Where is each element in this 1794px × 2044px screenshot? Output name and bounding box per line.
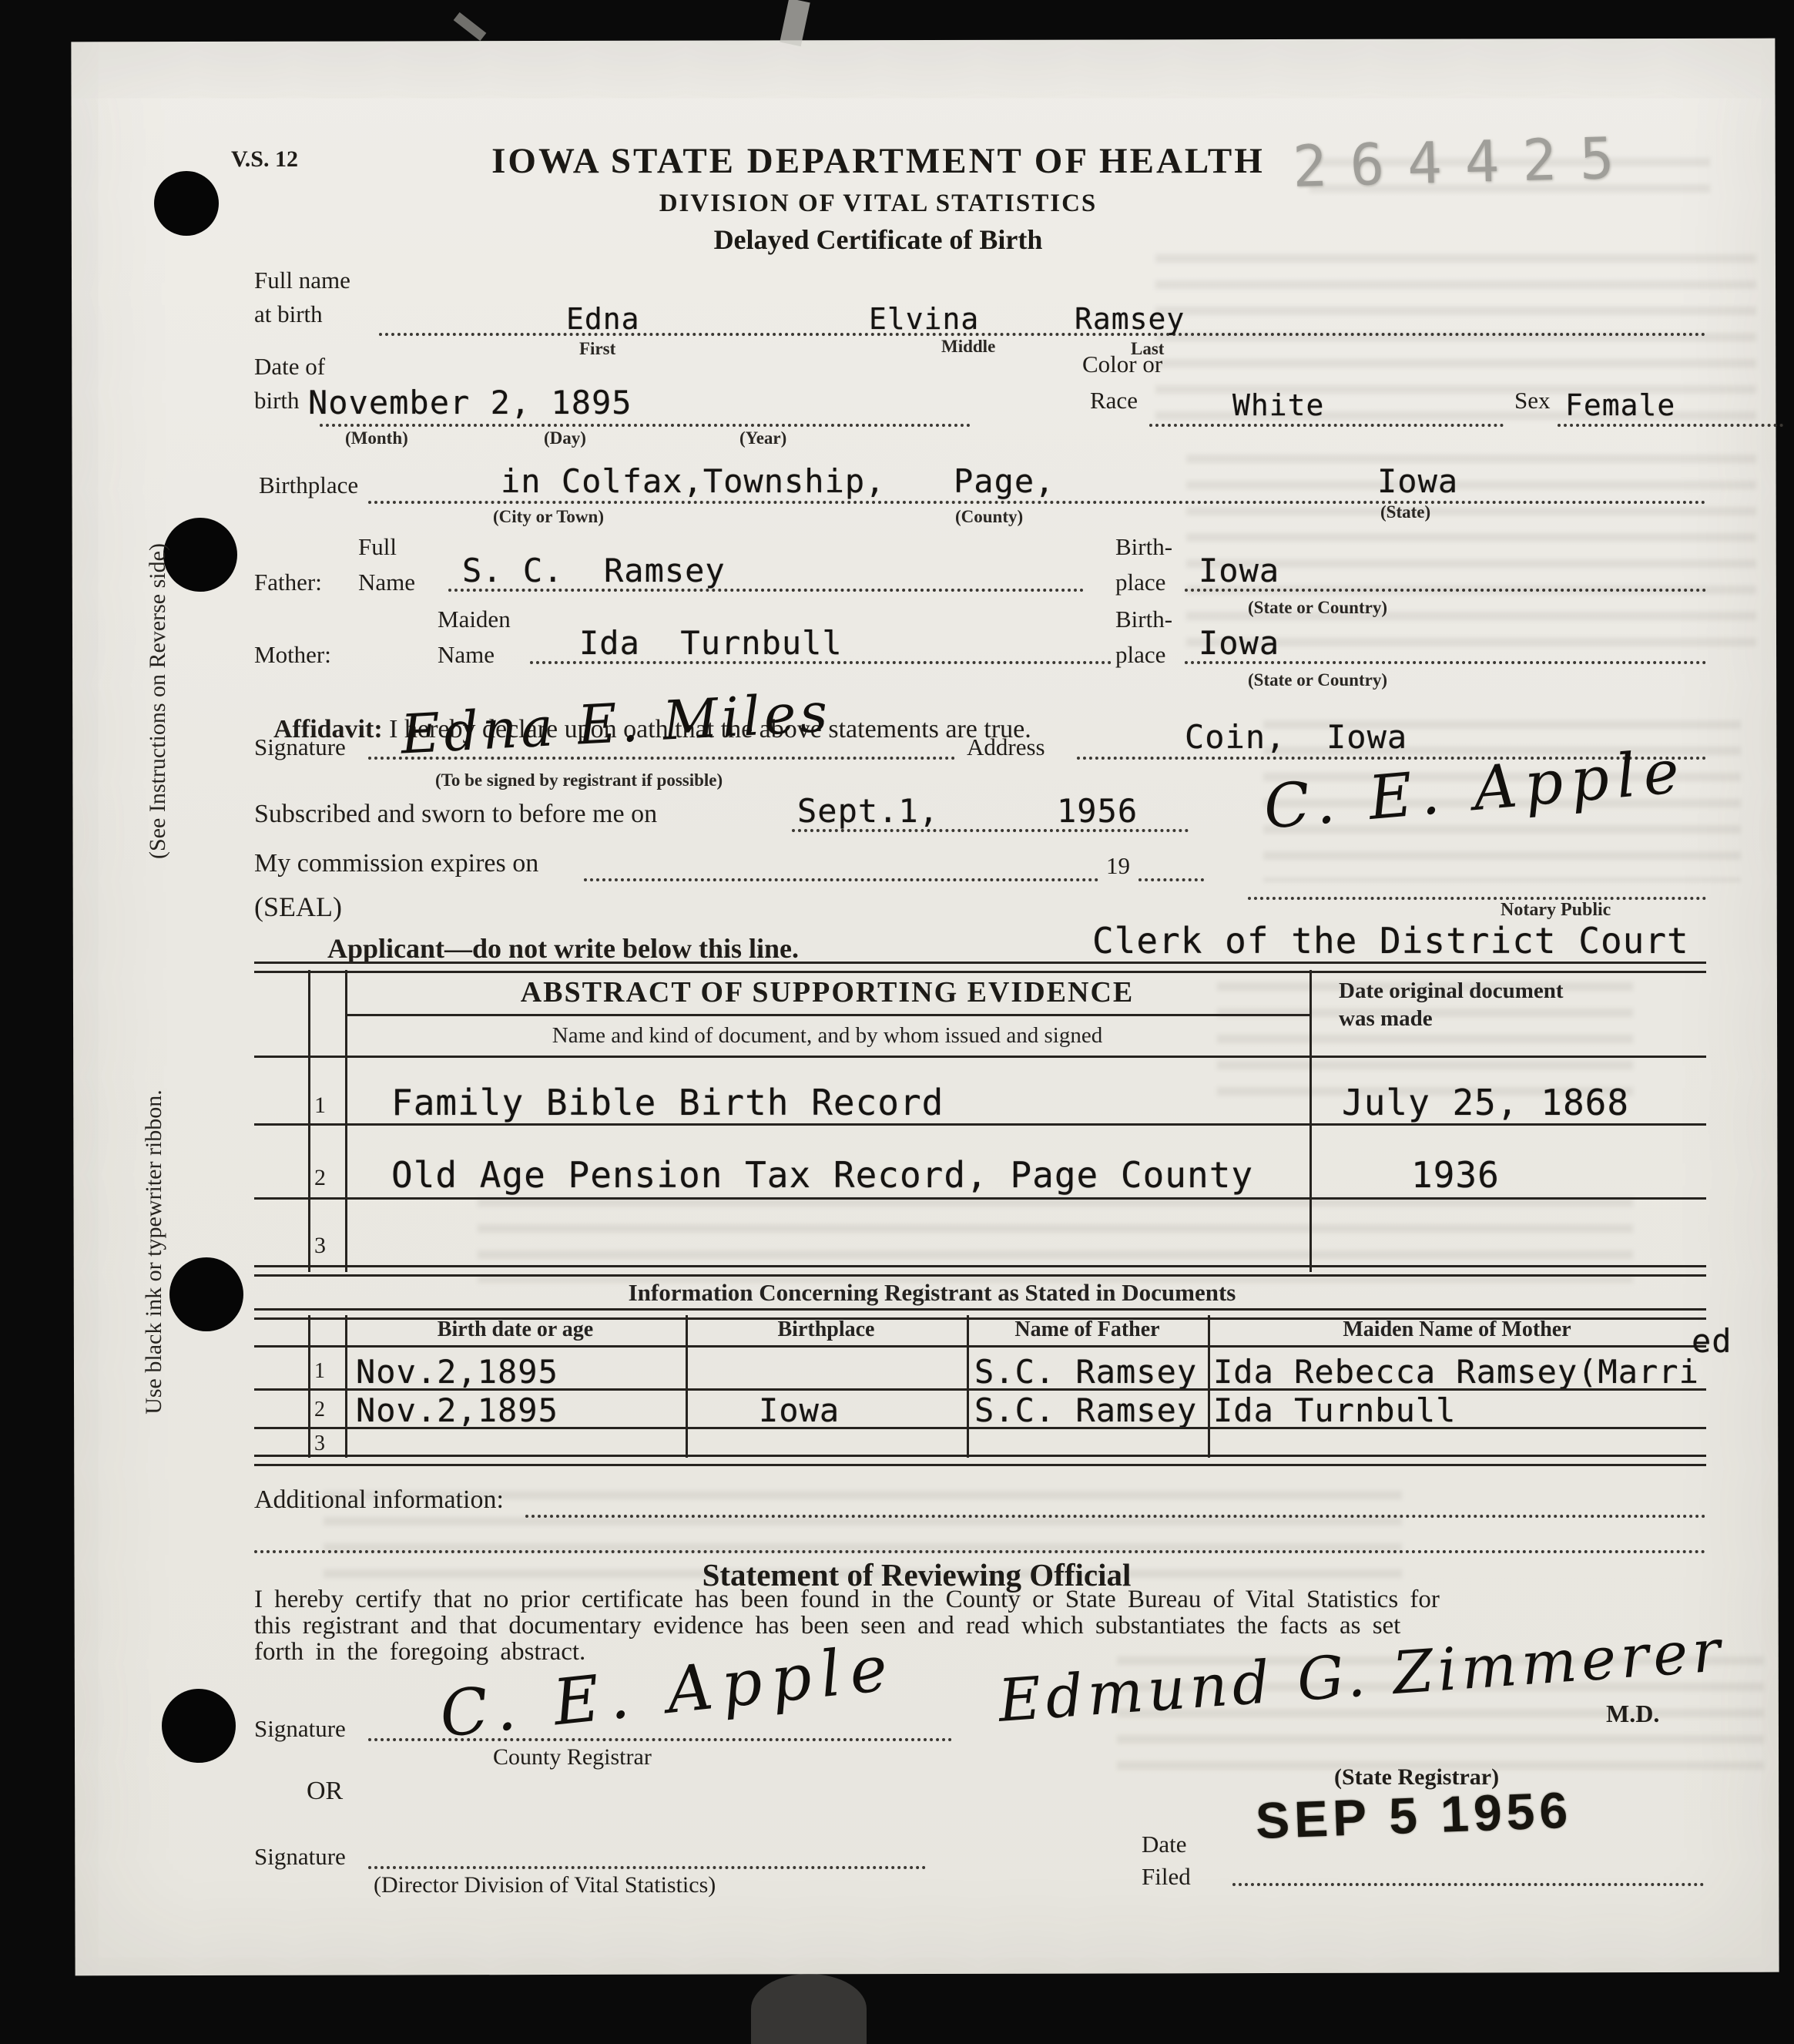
- birthplace-county-value: Page,: [954, 462, 1055, 500]
- margin-note-ink: Use black ink or typewriter ribbon.: [141, 1089, 167, 1415]
- commission-line: [584, 854, 1098, 881]
- info-row-birth: Nov.2,1895: [356, 1353, 558, 1391]
- address-value: Coin, Iowa: [1185, 718, 1407, 756]
- sex-label: Sex: [1514, 387, 1551, 415]
- abstract-date-header2: was made: [1339, 1006, 1433, 1032]
- info-row-mother-overflow: ed: [1692, 1322, 1732, 1360]
- color-race-label: Color or: [1082, 351, 1162, 378]
- abstract-title: ABSTRACT OF SUPPORTING EVIDENCE: [345, 975, 1309, 1009]
- county-caption: (County): [955, 507, 1023, 527]
- mother-label: Mother:: [254, 641, 331, 669]
- clerk-title-value: Clerk of the District Court: [1092, 920, 1689, 962]
- abstract-row-number: 1: [314, 1092, 326, 1119]
- month-caption: (Month): [345, 428, 408, 448]
- abstract-date-header: Date original document: [1339, 978, 1564, 1004]
- applicant-note: Applicant—do not write below this line.: [327, 932, 799, 965]
- punch-hole: [162, 1689, 236, 1763]
- birthplace-state-value: Iowa: [1377, 462, 1458, 500]
- color-race-value: White: [1232, 388, 1324, 422]
- sworn-date-value: Sept.1,: [797, 792, 939, 830]
- info-row-mother: Ida Rebecca Ramsey(Marri: [1213, 1353, 1699, 1391]
- father-name-caption: Name: [358, 569, 415, 596]
- seal-label: (SEAL): [254, 891, 342, 923]
- certificate-title: Delayed Certificate of Birth: [401, 223, 1356, 256]
- info-header-birthplace: Birthplace: [686, 1317, 967, 1342]
- scanned-certificate: { "header": { "form_code": "V.S. 12", "c…: [0, 0, 1794, 2044]
- date-of-birth-value: November 2, 1895: [308, 384, 632, 421]
- abstract-row-document: Family Bible Birth Record: [391, 1082, 944, 1123]
- abstract-row-number: 2: [314, 1165, 326, 1191]
- father-birthplace-caption: (State or Country): [1248, 598, 1387, 618]
- abstract-doc-header: Name and kind of document, and by whom i…: [345, 1023, 1309, 1049]
- middle-caption: Middle: [941, 337, 995, 357]
- certificate-number-stamp: 264425: [1292, 125, 1638, 200]
- date-label: Date: [1142, 1831, 1187, 1858]
- mother-maiden-caption: Maiden: [438, 606, 511, 633]
- signature-label-director: Signature: [254, 1843, 346, 1871]
- last-name-value: Ramsey: [1075, 302, 1185, 336]
- day-caption: (Day): [544, 428, 586, 448]
- abstract-table-vline: [308, 970, 310, 1272]
- notary-caption: Notary Public: [1501, 900, 1611, 921]
- info-row-birth: Nov.2,1895: [356, 1391, 558, 1429]
- date-of-birth-label2: birth: [254, 387, 300, 415]
- mother-name-value: Ida Turnbull: [579, 624, 843, 662]
- info-row-number: 2: [314, 1398, 325, 1422]
- division-title: DIVISION OF VITAL STATISTICS: [401, 190, 1356, 218]
- father-full-caption: Full: [358, 533, 397, 561]
- signature-label-county: Signature: [254, 1715, 346, 1743]
- info-header-mother: Maiden Name of Mother: [1208, 1317, 1706, 1342]
- abstract-bottom-rule: [254, 1265, 1706, 1277]
- mother-birthplace-label: Birth-: [1115, 606, 1172, 633]
- full-name-label2: at birth: [254, 300, 323, 328]
- first-caption: First: [579, 339, 615, 359]
- info-row-father: S.C. Ramsey: [974, 1391, 1197, 1429]
- director-signature-line: [368, 1842, 926, 1869]
- reviewing-text-line1: I hereby certify that no prior certifica…: [254, 1586, 1440, 1614]
- commission-year-prefix: 19: [1106, 852, 1130, 880]
- date-filed-stamp: SEP 5 1956: [1255, 1781, 1573, 1850]
- father-birthplace-value: Iowa: [1199, 552, 1279, 589]
- birthplace-label: Birthplace: [259, 472, 358, 499]
- birthplace-city-value: in Colfax,Township,: [501, 462, 885, 500]
- notary-line: [1248, 873, 1706, 900]
- color-race-line: [1149, 400, 1504, 427]
- info-header-birth: Birth date or age: [345, 1317, 686, 1342]
- section-divider: [254, 962, 1706, 973]
- info-row-father: S.C. Ramsey: [974, 1353, 1197, 1391]
- color-race-label2: Race: [1090, 387, 1138, 415]
- info-row-rule: [254, 1427, 1706, 1429]
- father-name-value: S. C. Ramsey: [462, 552, 726, 589]
- punch-hole: [154, 171, 219, 236]
- year-caption: (Year): [739, 428, 786, 448]
- dept-title: IOWA STATE DEPARTMENT OF HEALTH: [401, 140, 1356, 182]
- abstract-row-document: Old Age Pension Tax Record, Page County: [391, 1154, 1253, 1196]
- abstract-table-vline: [1309, 970, 1312, 1272]
- sworn-year-value: 1956: [1057, 792, 1138, 830]
- date-of-birth-label: Date of: [254, 353, 325, 381]
- abstract-row-date: 1936: [1411, 1154, 1500, 1196]
- signature-caption: (To be signed by registrant if possible): [435, 770, 723, 790]
- father-birthplace-label2: place: [1115, 569, 1165, 596]
- abstract-header-rule: [254, 1056, 1706, 1058]
- mother-birthplace-label2: place: [1115, 641, 1165, 669]
- info-row-number: 1: [314, 1359, 325, 1384]
- additional-info-label: Additional information:: [254, 1485, 504, 1515]
- md-label: M.D.: [1606, 1700, 1659, 1728]
- mother-name-caption: Name: [438, 641, 495, 669]
- mother-birthplace-value: Iowa: [1199, 624, 1279, 662]
- father-label: Father:: [254, 569, 322, 596]
- punch-hole: [169, 1257, 243, 1331]
- abstract-title-rule: [345, 1014, 1309, 1016]
- info-row-number: 3: [314, 1431, 325, 1456]
- info-bottom-rule: [254, 1455, 1706, 1466]
- state-caption: (State): [1380, 502, 1430, 522]
- first-name-value: Edna: [566, 302, 640, 336]
- reviewing-text-line3: forth in the foregoing abstract.: [254, 1638, 585, 1666]
- reviewing-divider: [254, 1526, 1706, 1553]
- filed-line: [1232, 1859, 1704, 1886]
- info-row-rule: [254, 1388, 1706, 1391]
- reviewing-text-line2: this registrant and that documentary evi…: [254, 1612, 1400, 1640]
- address-label: Address: [967, 733, 1045, 761]
- father-birthplace-label: Birth-: [1115, 533, 1172, 561]
- county-registrar-caption: County Registrar: [493, 1744, 652, 1770]
- sworn-label: Subscribed and sworn to before me on: [254, 800, 657, 829]
- info-header-rule: [254, 1345, 1706, 1348]
- margin-note-instructions: (See Instructions on Reverse side): [145, 543, 171, 859]
- info-header-father: Name of Father: [967, 1317, 1208, 1342]
- commission-label: My commission expires on: [254, 849, 538, 878]
- middle-name-value: Elvina: [869, 302, 979, 336]
- signature-label: Signature: [254, 733, 346, 761]
- sex-value: Female: [1565, 388, 1675, 422]
- abstract-row-rule: [254, 1123, 1706, 1126]
- scan-artifact: [780, 0, 810, 46]
- or-label: OR: [307, 1777, 343, 1806]
- city-caption: (City or Town): [493, 507, 604, 527]
- info-title: Information Concerning Registrant as Sta…: [308, 1279, 1556, 1307]
- scan-artifact: [454, 12, 487, 41]
- county-signature-line: [368, 1714, 952, 1741]
- mother-birthplace-caption: (State or Country): [1248, 670, 1387, 690]
- additional-info-line: [525, 1491, 1706, 1518]
- info-row-mother: Ida Turnbull: [1213, 1391, 1456, 1429]
- abstract-row-date: July 25, 1868: [1342, 1082, 1629, 1123]
- form-code: V.S. 12: [231, 146, 298, 173]
- full-name-label: Full name: [254, 267, 350, 294]
- info-row-birthplace: Iowa: [759, 1391, 840, 1429]
- scan-artifact: [751, 1974, 867, 2044]
- director-caption: (Director Division of Vital Statistics): [374, 1872, 716, 1898]
- punch-hole: [163, 518, 237, 592]
- filed-label: Filed: [1142, 1863, 1191, 1891]
- abstract-row-rule: [254, 1197, 1706, 1200]
- abstract-row-number: 3: [314, 1233, 326, 1259]
- commission-line2: [1138, 854, 1204, 881]
- info-table-vline: [308, 1315, 310, 1458]
